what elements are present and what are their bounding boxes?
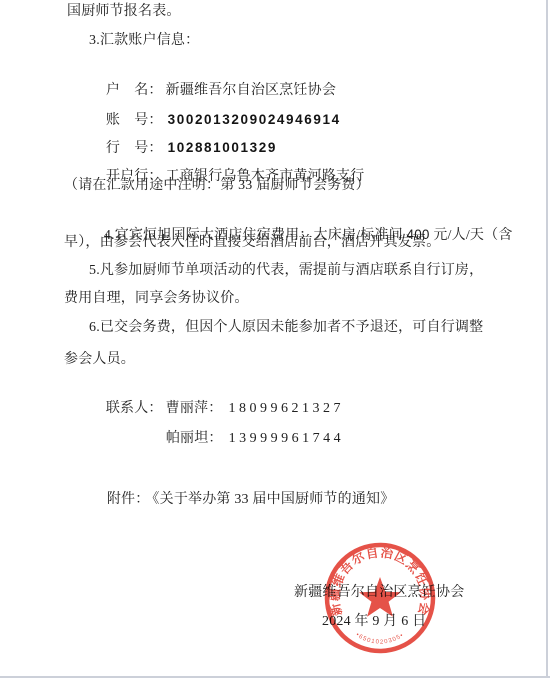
item5-line1: 5.凡参加厨师节单项活动的代表，需提前与酒店联系自行订房， [89,261,483,281]
attachment-label: 附件： [107,492,150,507]
attachment-title: 《关于举办第 33 届中国厨师节的通知》 [152,492,394,507]
contact2-name: 帕丽坦： [166,431,223,446]
official-seal: 新疆维吾尔自治区烹饪协会 •6501020305• [319,541,441,655]
contact-line-2: 帕丽坦：13999961744 [151,409,344,469]
attachment-line: 附件：《关于举办第 33 届中国厨师节的通知》 [92,470,394,530]
section3-heading: 3.汇款账户信息： [89,31,199,51]
page-edge-right [546,0,548,677]
seal-serial-number: •6501020305• [355,632,406,646]
page-edge-bottom [0,676,550,678]
item4-line1-post: 元/人/天（含 [430,228,513,243]
contact2-phone: 13999961744 [229,431,345,446]
item6-line1: 6.已交会务费，但因个人原因未能参加者不予退还，可自行调整 [89,318,483,338]
document-page: 国厨师节报名表。 3.汇款账户信息： 户 名：新疆维吾尔自治区烹饪协会 账 号：… [0,0,550,686]
item5-line2: 费用自理，同享会务协议价。 [64,289,249,309]
item4-line2: 早），由参会代表入住时直接交给酒店前台，酒店开具发票。 [64,233,440,253]
seal-star-icon [359,577,401,617]
item6-line2: 参会人员。 [64,350,135,370]
remittance-note: （请在汇款用途中注明：第 33 届厨师节会务费） [64,176,370,196]
body-line-continuation: 国厨师节报名表。 [67,2,181,22]
